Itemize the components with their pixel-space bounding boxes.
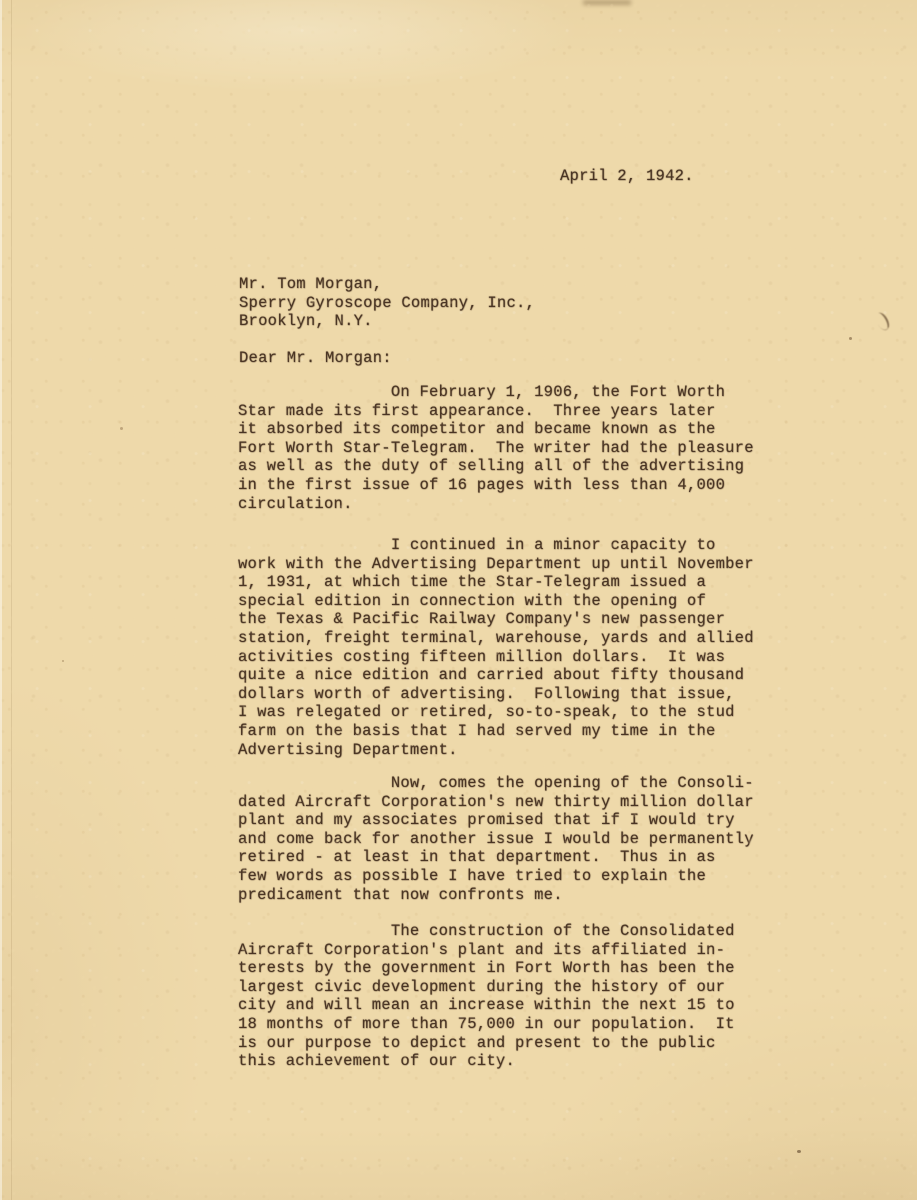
- ink-smudge: [583, 0, 631, 5]
- letter-paragraph-2: I continued in a minor capacity to work …: [238, 536, 754, 759]
- scan-edge-highlight: [0, 0, 2, 1200]
- salutation: Dear Mr. Morgan:: [239, 349, 392, 368]
- paper-speck: [62, 660, 64, 662]
- paper-crease: [11, 0, 12, 1200]
- recipient-address: Mr. Tom Morgan, Sperry Gyroscope Company…: [239, 275, 535, 331]
- ink-blemish: [873, 311, 892, 333]
- paper-speck: [849, 337, 852, 340]
- letter-paragraph-4: The construction of the Consolidated Air…: [238, 922, 735, 1071]
- paper-speck: [120, 427, 123, 430]
- date-line: April 2, 1942.: [560, 167, 694, 186]
- letter-paragraph-3: Now, comes the opening of the Consoli- d…: [238, 774, 754, 904]
- letter-paragraph-1: On February 1, 1906, the Fort Worth Star…: [238, 383, 754, 513]
- letter-page: April 2, 1942. Mr. Tom Morgan, Sperry Gy…: [0, 0, 917, 1200]
- paper-speck: [797, 1150, 801, 1153]
